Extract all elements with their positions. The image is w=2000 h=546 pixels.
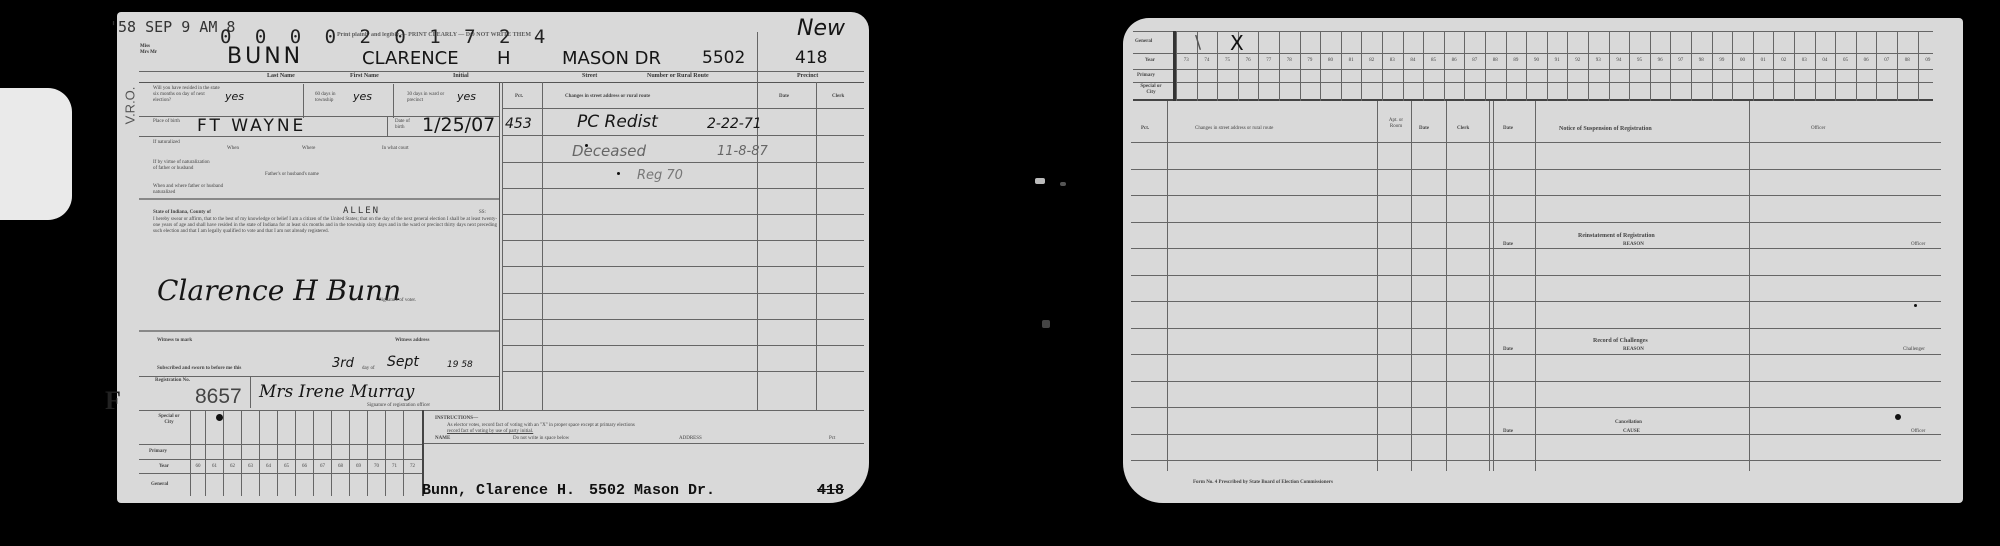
grid-line bbox=[502, 266, 864, 267]
challenges-date-header: Date bbox=[1503, 347, 1513, 353]
grid-line bbox=[1133, 69, 1933, 70]
year-cell: 87 bbox=[1464, 58, 1485, 63]
challenges-title: Record of Challenges bbox=[1593, 338, 1648, 344]
year-cell: 77 bbox=[1258, 58, 1279, 63]
year-cell: 08 bbox=[1897, 58, 1918, 63]
naturalized-where-label: Where bbox=[302, 146, 315, 152]
grid-line bbox=[1670, 31, 1671, 101]
state-residence-question: Will you have resided in the state six m… bbox=[153, 86, 223, 104]
cancellation-date-header: Date bbox=[1503, 429, 1513, 435]
year-cell: 01 bbox=[1753, 58, 1774, 63]
pct-header: Pct. bbox=[515, 94, 523, 100]
grid-line bbox=[139, 198, 499, 200]
year-cell: 84 bbox=[1403, 58, 1424, 63]
cancellation-officer-header: Officer bbox=[1911, 429, 1925, 435]
street-value: MASON DR bbox=[562, 48, 661, 69]
grid-line bbox=[502, 240, 864, 241]
father-husband-name-label: Father's or husband's name bbox=[265, 172, 319, 178]
naturalized-label: If naturalized bbox=[153, 140, 193, 146]
grid-line bbox=[1629, 31, 1630, 101]
do-not-write-label: Do not write in space below bbox=[513, 436, 569, 442]
year-cell: 86 bbox=[1444, 58, 1465, 63]
year-cell: 89 bbox=[1506, 58, 1527, 63]
grid-line bbox=[1753, 31, 1754, 101]
typed-address: 5502 Mason Dr. bbox=[589, 482, 715, 499]
grid-line bbox=[1773, 31, 1774, 101]
grid-line bbox=[139, 444, 424, 445]
grid-line bbox=[1446, 101, 1447, 471]
grid-line bbox=[502, 108, 864, 109]
grid-line bbox=[295, 410, 296, 496]
year-cell: 81 bbox=[1341, 58, 1362, 63]
voter-signature: Clarence H Bunn bbox=[157, 274, 401, 307]
grid-line bbox=[1131, 328, 1941, 329]
precinct-value: 418 bbox=[795, 48, 827, 68]
year-cell: 78 bbox=[1279, 58, 1300, 63]
year-cell: 70 bbox=[368, 464, 385, 469]
name-row-line bbox=[139, 71, 864, 72]
grid-line bbox=[393, 84, 394, 118]
grid-line bbox=[277, 410, 278, 496]
grid-line bbox=[1489, 101, 1490, 471]
registration-letter: F bbox=[105, 386, 121, 416]
year-cell: 72 bbox=[404, 464, 421, 469]
grid-line bbox=[331, 410, 332, 496]
year-cell: 68 bbox=[332, 464, 349, 469]
ward-question: 30 days in ward or precinct bbox=[407, 92, 457, 104]
reinstatement-date-header: Date bbox=[1503, 242, 1513, 248]
grid-line bbox=[223, 410, 224, 496]
grid-line bbox=[1609, 31, 1610, 101]
year-cell: 00 bbox=[1732, 58, 1753, 63]
pct-column-label: Pct bbox=[829, 436, 835, 442]
challenges-reason-header: REASON bbox=[1623, 347, 1644, 353]
father-naturalized-label: When and where father or husband natural… bbox=[153, 184, 243, 196]
last-name-value: BUNN bbox=[227, 44, 303, 69]
grid-line bbox=[1526, 31, 1527, 101]
received-stamp: '58 SEP 9 AM 8 bbox=[109, 18, 235, 36]
reinstatement-officer-header: Officer bbox=[1911, 242, 1925, 248]
grid-line bbox=[139, 376, 499, 377]
year-cell: 67 bbox=[314, 464, 331, 469]
grid-line bbox=[502, 293, 864, 294]
year-cell: 07 bbox=[1876, 58, 1897, 63]
county-value: ALLEN bbox=[343, 206, 380, 216]
grid-line bbox=[1732, 31, 1733, 101]
grid-line bbox=[1131, 434, 1941, 435]
grid-row-year: Year bbox=[159, 464, 169, 470]
dust-speck bbox=[1060, 182, 1066, 186]
grid-line bbox=[303, 84, 304, 118]
birthdate-label: Date of birth bbox=[395, 119, 419, 131]
grid-line bbox=[1588, 31, 1589, 101]
township-answer: yes bbox=[353, 90, 372, 103]
birthdate-value: 1/25/07 bbox=[422, 114, 495, 136]
grid-line bbox=[1650, 31, 1651, 101]
year-cell: 75 bbox=[1217, 58, 1238, 63]
year-cell: 61 bbox=[206, 464, 223, 469]
grid-line bbox=[250, 376, 251, 408]
year-cell: 85 bbox=[1423, 58, 1444, 63]
grid-line bbox=[1535, 101, 1536, 471]
grid-line bbox=[1131, 381, 1941, 382]
grid-line bbox=[1300, 31, 1301, 101]
grid-line bbox=[139, 473, 424, 474]
birthplace-value: FT WAYNE bbox=[197, 116, 306, 136]
cancellation-title: Cancellation bbox=[1615, 420, 1642, 426]
initial-value: H bbox=[497, 48, 511, 69]
subscribed-label: Subscribed and sworn to before me this bbox=[157, 366, 241, 372]
street-label: Street bbox=[582, 73, 597, 79]
street-number-value: 5502 bbox=[702, 48, 745, 68]
grid-line bbox=[1341, 31, 1342, 101]
ink-dot bbox=[617, 172, 620, 175]
grid-line bbox=[190, 410, 191, 496]
grid-line bbox=[816, 82, 817, 410]
grid-line bbox=[502, 135, 864, 136]
side-label: V.R.O. bbox=[122, 87, 137, 125]
year-cell: 66 bbox=[296, 464, 313, 469]
grid-line bbox=[502, 82, 503, 410]
instructions-line-2: record fact of voting by use of party in… bbox=[447, 429, 533, 435]
state-residence-answer: yes bbox=[225, 90, 244, 103]
voter-signature-label: Signature of voter. bbox=[379, 298, 416, 304]
grid-line bbox=[1493, 101, 1494, 471]
ward-answer: yes bbox=[457, 90, 476, 103]
year-cell: 71 bbox=[386, 464, 403, 469]
grid-row-year: Year bbox=[1145, 58, 1155, 64]
typed-precinct: 418 bbox=[817, 482, 844, 499]
grid-line bbox=[1131, 222, 1941, 223]
pct-header: Pct. bbox=[1141, 126, 1149, 132]
corner-note: New bbox=[797, 16, 845, 41]
registration-card-front: '58 SEP 9 AM 8 0 0 0 0 2 0 1 7 2 4 Print… bbox=[117, 12, 869, 503]
naturalized-when-label: When bbox=[227, 146, 239, 152]
dust-speck bbox=[1035, 178, 1045, 184]
grid-line bbox=[1279, 31, 1280, 101]
address-column-label: ADDRESS bbox=[679, 436, 702, 442]
clerk-header: Clerk bbox=[832, 94, 844, 100]
year-cell: 03 bbox=[1794, 58, 1815, 63]
registration-card-back: General Year Primary Special or City 737… bbox=[1123, 18, 1963, 503]
grid-line bbox=[387, 116, 388, 136]
year-cell: 76 bbox=[1238, 58, 1259, 63]
number-label: Number or Rural Route bbox=[647, 73, 709, 79]
year-cell: 88 bbox=[1485, 58, 1506, 63]
grid-line bbox=[499, 82, 500, 410]
grid-line bbox=[1918, 31, 1919, 101]
apt-room-header: Apt. or Room bbox=[1383, 118, 1409, 130]
year-cell: 06 bbox=[1856, 58, 1877, 63]
year-cell: 65 bbox=[278, 464, 295, 469]
birthplace-label: Place of birth bbox=[153, 119, 183, 125]
witness-mark-label: Witness to mark bbox=[157, 338, 192, 344]
date-header: Date bbox=[1419, 126, 1429, 132]
subscribed-day-label: day of bbox=[362, 366, 375, 372]
year-cell: 93 bbox=[1588, 58, 1609, 63]
year-cell: 95 bbox=[1629, 58, 1650, 63]
grid-row-general: General bbox=[151, 482, 168, 488]
grid-line bbox=[1131, 354, 1941, 355]
clerk-header: Clerk bbox=[1457, 126, 1469, 132]
grid-line bbox=[1876, 31, 1877, 101]
grid-line bbox=[367, 410, 368, 496]
ink-dot bbox=[216, 414, 223, 421]
year-cell: 62 bbox=[224, 464, 241, 469]
year-cell: 74 bbox=[1197, 58, 1218, 63]
grid-row-primary: Primary bbox=[1137, 73, 1155, 79]
print-notice: Print plainly and legibly — PRINT CLEARL… bbox=[337, 32, 531, 38]
grid-line bbox=[1133, 53, 1933, 54]
grid-line bbox=[1167, 101, 1168, 471]
grid-line bbox=[1897, 31, 1898, 101]
grid-line bbox=[1131, 460, 1941, 461]
year-cell: 02 bbox=[1773, 58, 1794, 63]
precinct-label: Precinct bbox=[797, 73, 818, 79]
officer-signature: Mrs Irene Murray bbox=[259, 382, 414, 402]
suspension-date-header: Date bbox=[1503, 126, 1513, 132]
subscribed-month: Sept bbox=[387, 354, 419, 370]
grid-line bbox=[1749, 101, 1750, 471]
first-name-value: CLARENCE bbox=[362, 48, 459, 69]
grid-line bbox=[1131, 169, 1941, 170]
year-cell: 83 bbox=[1382, 58, 1403, 63]
year-cell: 80 bbox=[1320, 58, 1341, 63]
grid-line bbox=[1131, 275, 1941, 276]
grid-line bbox=[1258, 31, 1259, 101]
grid-line bbox=[1485, 31, 1486, 101]
grid-line bbox=[1133, 99, 1933, 101]
ink-dot bbox=[585, 144, 588, 147]
grid-line bbox=[259, 410, 260, 496]
cancellation-cause-header: CAUSE bbox=[1623, 429, 1640, 435]
year-cell: 64 bbox=[260, 464, 277, 469]
change-row-date: 2-22-71 bbox=[707, 116, 762, 132]
reinstatement-title: Reinstatement of Registration bbox=[1578, 233, 1655, 239]
grid-line bbox=[1377, 101, 1378, 471]
form-footer: Form No. 4 Prescribed by State Board of … bbox=[1193, 480, 1333, 486]
grid-line bbox=[1133, 82, 1933, 83]
grid-row-general: General bbox=[1135, 39, 1152, 45]
grid-line bbox=[1361, 31, 1362, 101]
grid-line bbox=[139, 459, 424, 460]
year-cell: 91 bbox=[1547, 58, 1568, 63]
witness-address-label: Witness address bbox=[395, 338, 429, 344]
dust-speck bbox=[1042, 320, 1050, 328]
grid-line bbox=[313, 410, 314, 496]
grid-line bbox=[1856, 31, 1857, 101]
year-cell: 05 bbox=[1835, 58, 1856, 63]
grid-line bbox=[241, 410, 242, 496]
year-cell: 96 bbox=[1650, 58, 1671, 63]
year-cell: 82 bbox=[1361, 58, 1382, 63]
change-address-header: Changes in street address or rural route bbox=[565, 94, 650, 100]
grid-line bbox=[1382, 31, 1383, 101]
grid-line bbox=[424, 443, 864, 444]
year-cell: 97 bbox=[1670, 58, 1691, 63]
grid-line bbox=[1464, 31, 1465, 101]
grid-line bbox=[1794, 31, 1795, 101]
grid-line bbox=[1567, 31, 1568, 101]
year-cell: 99 bbox=[1712, 58, 1733, 63]
instructions-title: INSTRUCTIONS— bbox=[435, 416, 478, 422]
officer-signature-label: Signature of registration officer bbox=[367, 403, 430, 409]
year-cell: 92 bbox=[1567, 58, 1588, 63]
date-header: Date bbox=[779, 94, 789, 100]
registration-number-label: Registration No. bbox=[155, 378, 190, 384]
grid-line bbox=[1444, 31, 1445, 101]
ss-label: SS: bbox=[479, 210, 486, 216]
grid-line bbox=[1131, 407, 1941, 408]
change-row-text: Reg 70 bbox=[637, 168, 683, 183]
year-cell: 04 bbox=[1815, 58, 1836, 63]
reinstatement-reason-header: REASON bbox=[1623, 242, 1644, 248]
year-cell: 79 bbox=[1300, 58, 1321, 63]
grid-line bbox=[502, 319, 864, 320]
grid-row-special: Special or City bbox=[1139, 84, 1163, 96]
state-county-label: State of Indiana, County of bbox=[153, 210, 211, 216]
subscribed-day: 3rd bbox=[332, 356, 354, 371]
grid-line bbox=[757, 32, 758, 410]
grid-line bbox=[1131, 301, 1941, 302]
grid-line bbox=[502, 371, 864, 372]
grid-row-special: Special or City bbox=[155, 414, 183, 426]
grid-row-primary: Primary bbox=[149, 449, 167, 455]
grid-line bbox=[1176, 31, 1177, 101]
grid-line bbox=[1131, 195, 1941, 196]
suspension-officer-header: Officer bbox=[1811, 126, 1825, 132]
grid-line bbox=[1411, 101, 1412, 471]
grid-line bbox=[1403, 31, 1404, 101]
grid-line bbox=[1217, 31, 1218, 101]
oath-text: I hereby swear or affirm, that to the be… bbox=[153, 217, 497, 235]
year-cell: 90 bbox=[1526, 58, 1547, 63]
grid-line bbox=[1815, 31, 1816, 101]
grid-line bbox=[349, 410, 350, 496]
change-row-pct: 453 bbox=[505, 116, 532, 132]
grid-line bbox=[1131, 248, 1941, 249]
adjacent-card-fragment bbox=[0, 88, 72, 220]
ink-dot bbox=[1895, 414, 1901, 420]
grid-line bbox=[502, 188, 864, 189]
grid-line bbox=[542, 82, 543, 410]
vote-mark-slash: \ bbox=[1195, 32, 1201, 53]
name-column-label: NAME bbox=[435, 436, 450, 442]
grid-line bbox=[1712, 31, 1713, 101]
change-row-text: PC Redist bbox=[577, 112, 658, 132]
year-cell: 73 bbox=[1176, 58, 1197, 63]
ink-dot bbox=[1914, 304, 1917, 307]
change-address-header: Changes in street address or rural route bbox=[1195, 126, 1273, 132]
challenges-challenger-header: Challenger bbox=[1903, 347, 1925, 353]
naturalized-court-label: In what court bbox=[382, 146, 409, 152]
vote-mark-x: X bbox=[1230, 31, 1244, 55]
salutation-titles: Miss Mrs Mr bbox=[140, 44, 158, 56]
grid-line bbox=[139, 136, 499, 137]
grid-line bbox=[205, 410, 206, 496]
grid-line bbox=[1423, 31, 1424, 101]
last-name-label: Last Name bbox=[267, 73, 295, 79]
typed-name: Bunn, Clarence H. bbox=[422, 482, 575, 499]
first-name-label: First Name bbox=[350, 73, 379, 79]
year-cell: 63 bbox=[242, 464, 259, 469]
grid-line bbox=[1131, 142, 1941, 143]
naturalization-virtue-label: If by virtue of naturalization of father… bbox=[153, 160, 213, 172]
grid-line bbox=[1547, 31, 1548, 101]
grid-line bbox=[502, 162, 864, 163]
grid-line bbox=[1320, 31, 1321, 101]
grid-line bbox=[1835, 31, 1836, 101]
year-cell: 98 bbox=[1691, 58, 1712, 63]
year-cell: 60 bbox=[191, 464, 205, 469]
year-cell: 09 bbox=[1918, 58, 1939, 63]
change-row-date: 11-8-87 bbox=[717, 144, 768, 159]
suspension-header: Notice of Suspension of Registration bbox=[1559, 126, 1652, 132]
year-cell: 94 bbox=[1609, 58, 1630, 63]
grid-line bbox=[1506, 31, 1507, 101]
initial-label: Initial bbox=[453, 73, 469, 79]
grid-line bbox=[502, 214, 864, 215]
change-row-text: Deceased bbox=[572, 142, 646, 160]
grid-line bbox=[502, 345, 864, 346]
subscribed-year: 19 58 bbox=[447, 360, 473, 370]
grid-line bbox=[139, 410, 864, 411]
grid-line bbox=[1691, 31, 1692, 101]
grid-line bbox=[403, 410, 404, 496]
grid-line bbox=[139, 330, 499, 332]
grid-line bbox=[1133, 31, 1933, 32]
township-question: 60 days in township bbox=[315, 92, 349, 104]
year-cell: 69 bbox=[350, 464, 367, 469]
registration-number: 8657 bbox=[195, 385, 242, 409]
grid-line bbox=[385, 410, 386, 496]
